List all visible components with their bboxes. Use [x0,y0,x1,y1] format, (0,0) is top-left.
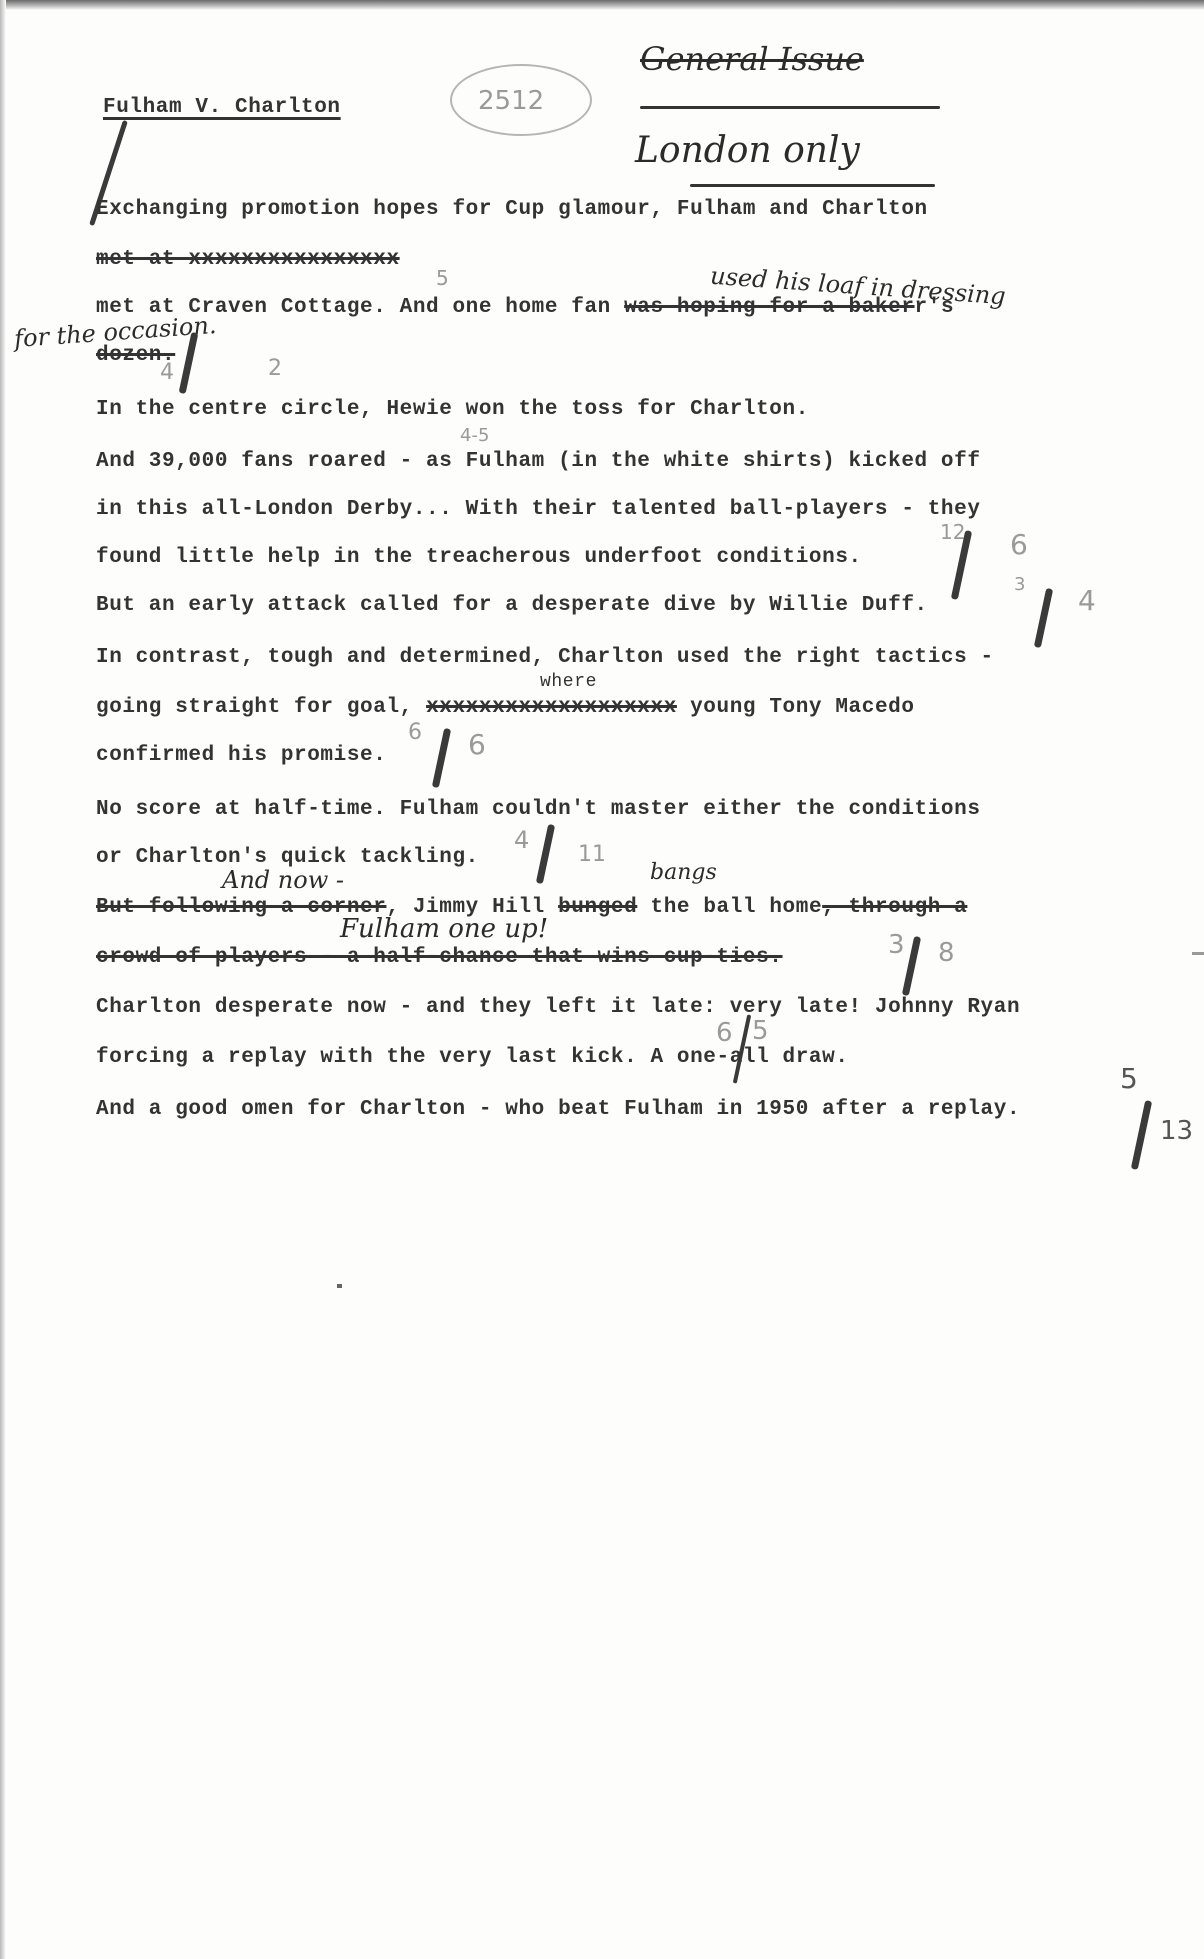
timing-mark: 4 [514,826,529,854]
timing-mark: 4 [160,360,174,385]
timing-mark: 6 [716,1018,733,1048]
handwritten-insert: Fulham one up! [340,914,548,944]
document-title: Fulham V. Charlton [103,96,341,119]
script-line: met at Craven Cottage. And one home fan … [96,296,954,319]
script-line: Exchanging promotion hopes for Cup glamo… [96,198,928,221]
margin-mark [1192,952,1204,955]
timing-stroke [432,728,451,788]
timing-mark: 8 [938,938,955,968]
timing-mark: 4-5 [460,425,489,446]
page-left-edge [0,0,6,1959]
timing-mark: 5 [1120,1062,1138,1095]
timing-mark: 3 [1014,574,1025,595]
typed-insert: where [540,672,597,692]
timing-mark: 3 [888,930,905,960]
handwritten-insert: bangs [650,860,717,885]
reference-number: 2512 [478,86,544,116]
ink-speck [337,1284,342,1288]
script-line: found little help in the treacherous und… [96,546,862,569]
timing-mark: 5 [436,266,449,290]
script-line: No score at half-time. Fulham couldn't m… [96,798,981,821]
handwritten-insert: And now - [222,866,344,894]
script-line: And 39,000 fans roared - as Fulham (in t… [96,450,981,473]
timing-mark: 13 [1160,1116,1193,1146]
timing-mark: 6 [408,720,422,745]
script-line: Charlton desperate now - and they left i… [96,996,1020,1019]
page-top-edge [0,0,1204,10]
timing-stroke [902,936,921,996]
script-line: In the centre circle, Hewie won the toss… [96,398,809,421]
script-line: going straight for goal, xxxxxxxxxxxxxxx… [96,696,915,719]
divider-line [690,184,935,187]
timing-stroke [536,824,555,884]
distribution-note: London only [635,130,860,171]
script-line: in this all-London Derby... With their t… [96,498,981,521]
line-text: young Tony Macedo [690,696,914,719]
timing-mark: 4 [1078,584,1096,617]
struck-text: xxxxxxxxxxxxxxxxxxx [426,696,677,719]
distribution-struck: General Issue [640,40,864,78]
script-line: confirmed his promise. [96,744,386,767]
timing-mark: 11 [578,842,606,867]
timing-mark: 12 [940,520,965,544]
timing-mark: 6 [468,728,486,761]
timing-mark: 5 [752,1016,769,1046]
script-line: In contrast, tough and determined, Charl… [96,646,994,669]
script-line: But an early attack called for a despera… [96,594,928,617]
struck-text: bunged [558,896,637,919]
line-text: And one home fan [400,296,611,319]
line-text: going straight for goal, [96,696,413,719]
timing-stroke [1034,588,1053,648]
timing-stroke [1131,1100,1152,1170]
divider-line [640,106,940,109]
script-line: And a good omen for Charlton - who beat … [96,1098,1020,1121]
timing-mark: 2 [268,356,282,381]
line-text: the ball home [651,896,823,919]
script-line-struck: crowd of players - a half-chance that wi… [96,946,783,969]
timing-mark: 6 [1010,528,1028,561]
struck-text: , through a [822,896,967,919]
script-line-struck: met at xxxxxxxxxxxxxxxx [96,248,400,271]
